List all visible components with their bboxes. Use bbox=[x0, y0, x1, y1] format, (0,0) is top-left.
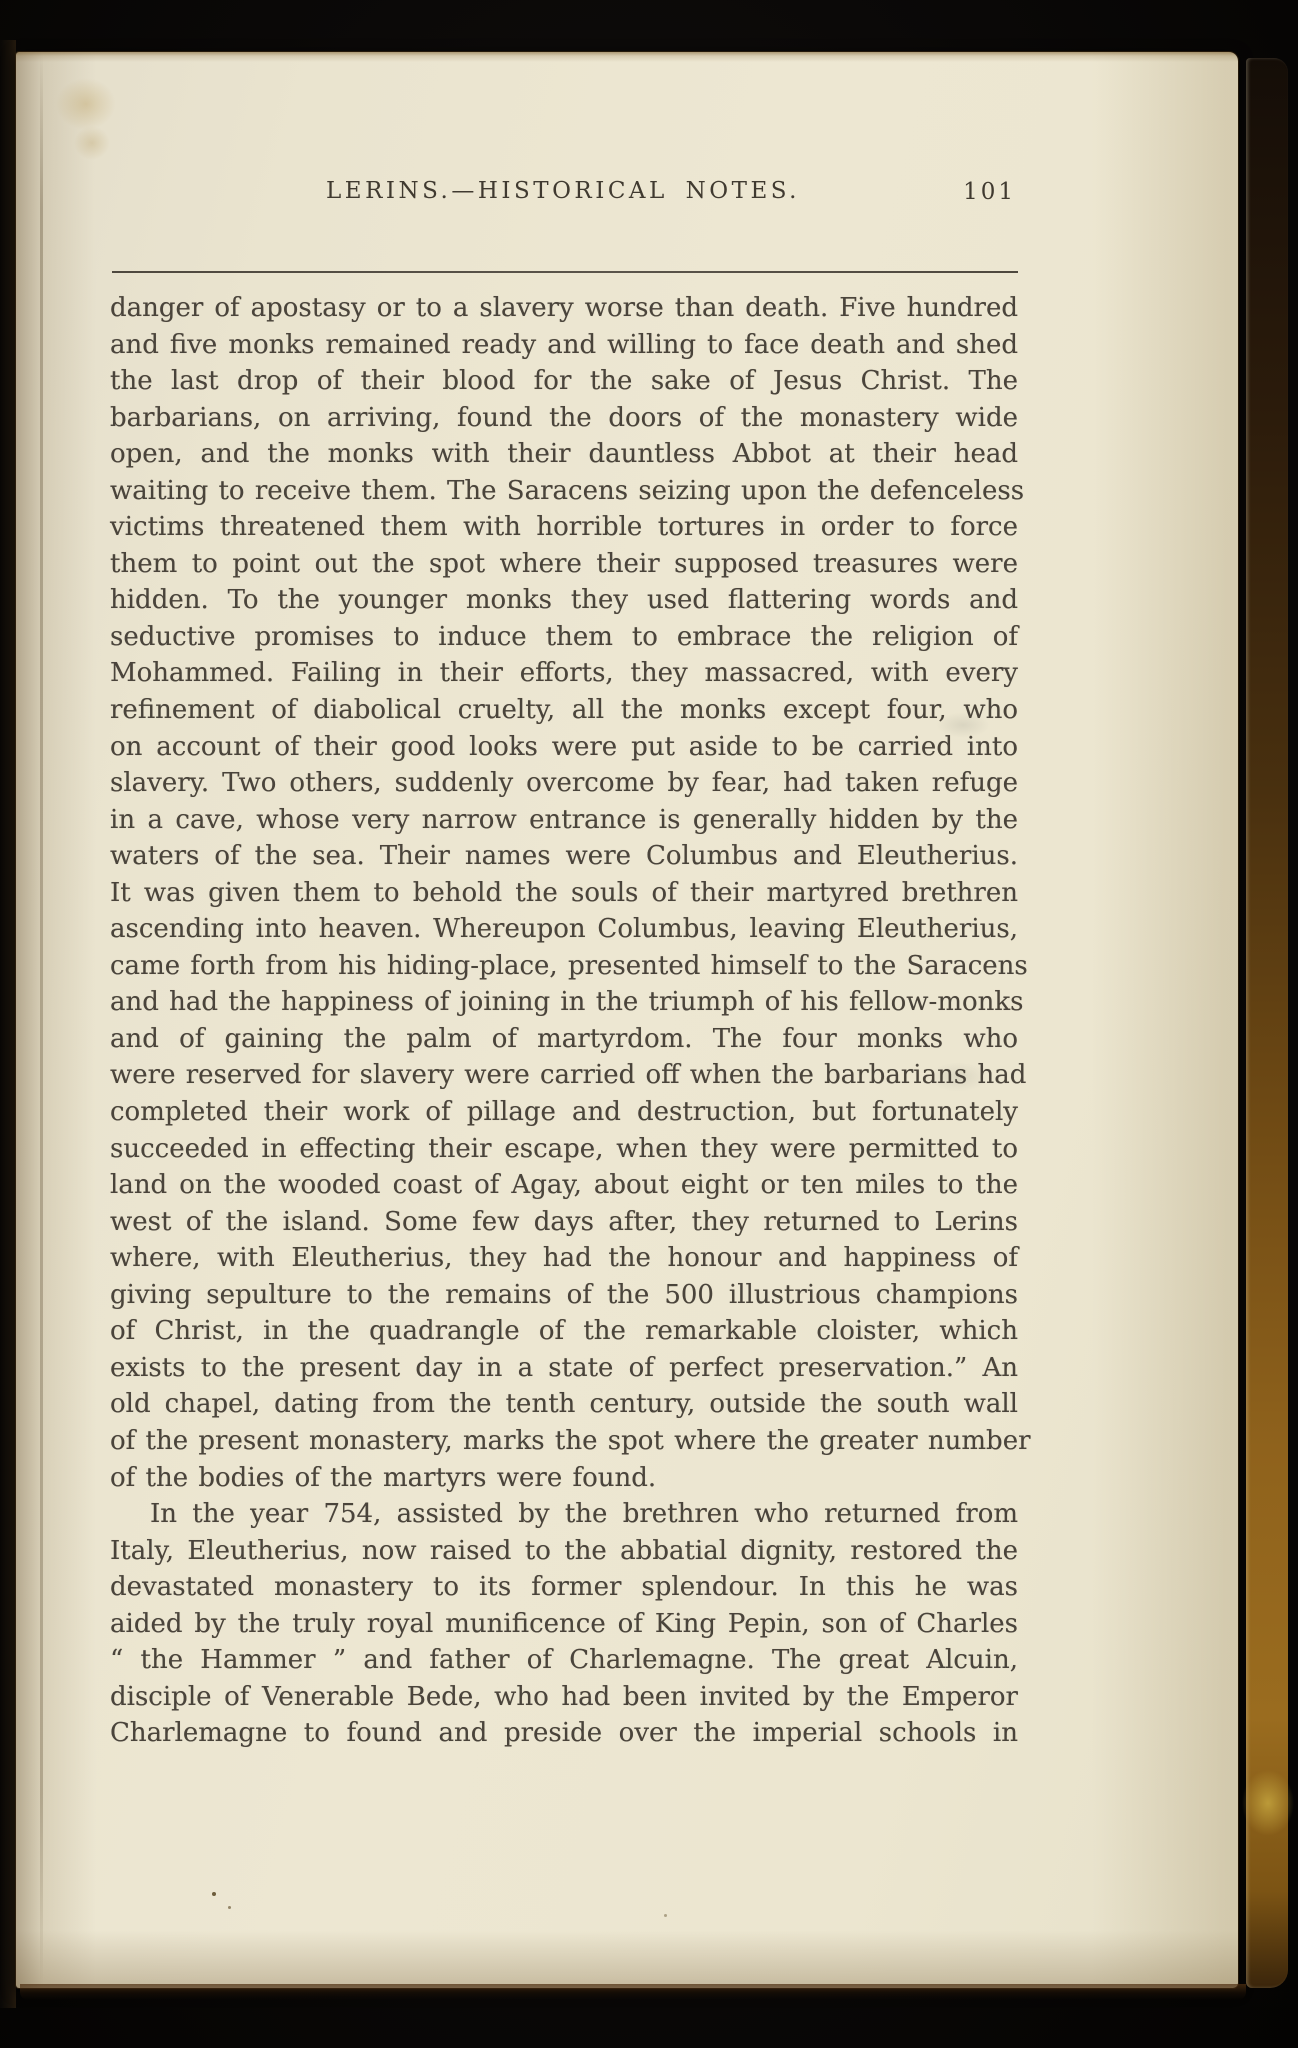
text-line: exists to the present day in a state of … bbox=[110, 1350, 1018, 1387]
page-bottom-shadow bbox=[20, 1984, 1246, 2000]
text-line: danger of apostasy or to a slavery worse… bbox=[110, 290, 1018, 327]
text-line: Charlemagne to found and preside over th… bbox=[110, 1715, 1018, 1752]
text-line: devastated monastery to its former splen… bbox=[110, 1569, 1018, 1606]
ink-speck bbox=[228, 1906, 231, 1909]
page: LERINS.—HISTORICAL NOTES. 101 danger of … bbox=[16, 52, 1238, 1988]
book-fore-edge bbox=[1246, 58, 1288, 1988]
text-line: completed their work of pillage and dest… bbox=[110, 1094, 1018, 1131]
text-line: and of gaining the palm of martyrdom. Th… bbox=[110, 1021, 1018, 1058]
text-line: succeeded in effecting their escape, whe… bbox=[110, 1131, 1018, 1168]
text-line: aided by the truly royal munificence of … bbox=[110, 1606, 1018, 1643]
text-line: waiting to receive them. The Saracens se… bbox=[110, 473, 1018, 510]
header-rule bbox=[112, 271, 1018, 273]
text-line: waters of the sea. Their names were Colu… bbox=[110, 838, 1018, 875]
text-line: west of the island. Some few days after,… bbox=[110, 1204, 1018, 1241]
text-line: of the bodies of the martyrs were found. bbox=[110, 1460, 1018, 1497]
text-line: land on the wooded coast of Agay, about … bbox=[110, 1167, 1018, 1204]
text-line: Italy, Eleutherius, now raised to the ab… bbox=[110, 1533, 1018, 1570]
text-line: them to point out the spot where their s… bbox=[110, 546, 1018, 583]
text-line: and five monks remained ready and willin… bbox=[110, 327, 1018, 364]
text-line: giving sepulture to the remains of the 5… bbox=[110, 1277, 1018, 1314]
text-line: refinement of diabolical cruelty, all th… bbox=[110, 692, 1018, 729]
text-line: and had the happiness of joining in the … bbox=[110, 984, 1018, 1021]
fore-edge-fray bbox=[1242, 1770, 1294, 1836]
text-line: were reserved for slavery were carried o… bbox=[110, 1057, 1018, 1094]
paper-stain bbox=[74, 126, 110, 160]
text-line: disciple of Venerable Bede, who had been… bbox=[110, 1679, 1018, 1716]
gutter-crease bbox=[40, 52, 43, 1988]
ink-speck bbox=[212, 1892, 216, 1896]
ink-speck bbox=[664, 1914, 667, 1917]
text-line: “ the Hammer ” and father of Charlemagne… bbox=[110, 1642, 1018, 1679]
text-line: on account of their good looks were put … bbox=[110, 729, 1018, 766]
text-line: barbarians, on arriving, found the doors… bbox=[110, 400, 1018, 437]
text-line: open, and the monks with their dauntless… bbox=[110, 436, 1018, 473]
text-line: In the year 754, assisted by the brethre… bbox=[110, 1496, 1018, 1533]
text-line: of the present monastery, marks the spot… bbox=[110, 1423, 1018, 1460]
text-line: Mohammed. Failing in their efforts, they… bbox=[110, 655, 1018, 692]
text-line: hidden. To the younger monks they used f… bbox=[110, 582, 1018, 619]
text-block: danger of apostasy or to a slavery worse… bbox=[110, 290, 1018, 1752]
header-title: LERINS.—HISTORICAL NOTES. bbox=[110, 178, 1016, 204]
page-number: 101 bbox=[963, 179, 1016, 205]
paper-stain bbox=[56, 78, 116, 130]
text-line: came forth from his hiding-place, presen… bbox=[110, 948, 1018, 985]
text-line: seductive promises to induce them to emb… bbox=[110, 619, 1018, 656]
book-spine-edge bbox=[0, 40, 16, 2008]
text-line: where, with Eleutherius, they had the ho… bbox=[110, 1240, 1018, 1277]
book-photo-background: { "header": { "title": "LERINS.\u2014HIS… bbox=[0, 0, 1298, 2048]
text-line: ascending into heaven. Whereupon Columbu… bbox=[110, 911, 1018, 948]
text-line: of Christ, in the quadrangle of the rema… bbox=[110, 1313, 1018, 1350]
text-line: in a cave, whose very narrow entrance is… bbox=[110, 802, 1018, 839]
running-header: LERINS.—HISTORICAL NOTES. 101 bbox=[110, 178, 1016, 212]
text-line: slavery. Two others, suddenly overcome b… bbox=[110, 765, 1018, 802]
text-line: victims threatened them with horrible to… bbox=[110, 509, 1018, 546]
text-line: the last drop of their blood for the sak… bbox=[110, 363, 1018, 400]
text-line: It was given them to behold the souls of… bbox=[110, 875, 1018, 912]
text-line: old chapel, dating from the tenth centur… bbox=[110, 1386, 1018, 1423]
